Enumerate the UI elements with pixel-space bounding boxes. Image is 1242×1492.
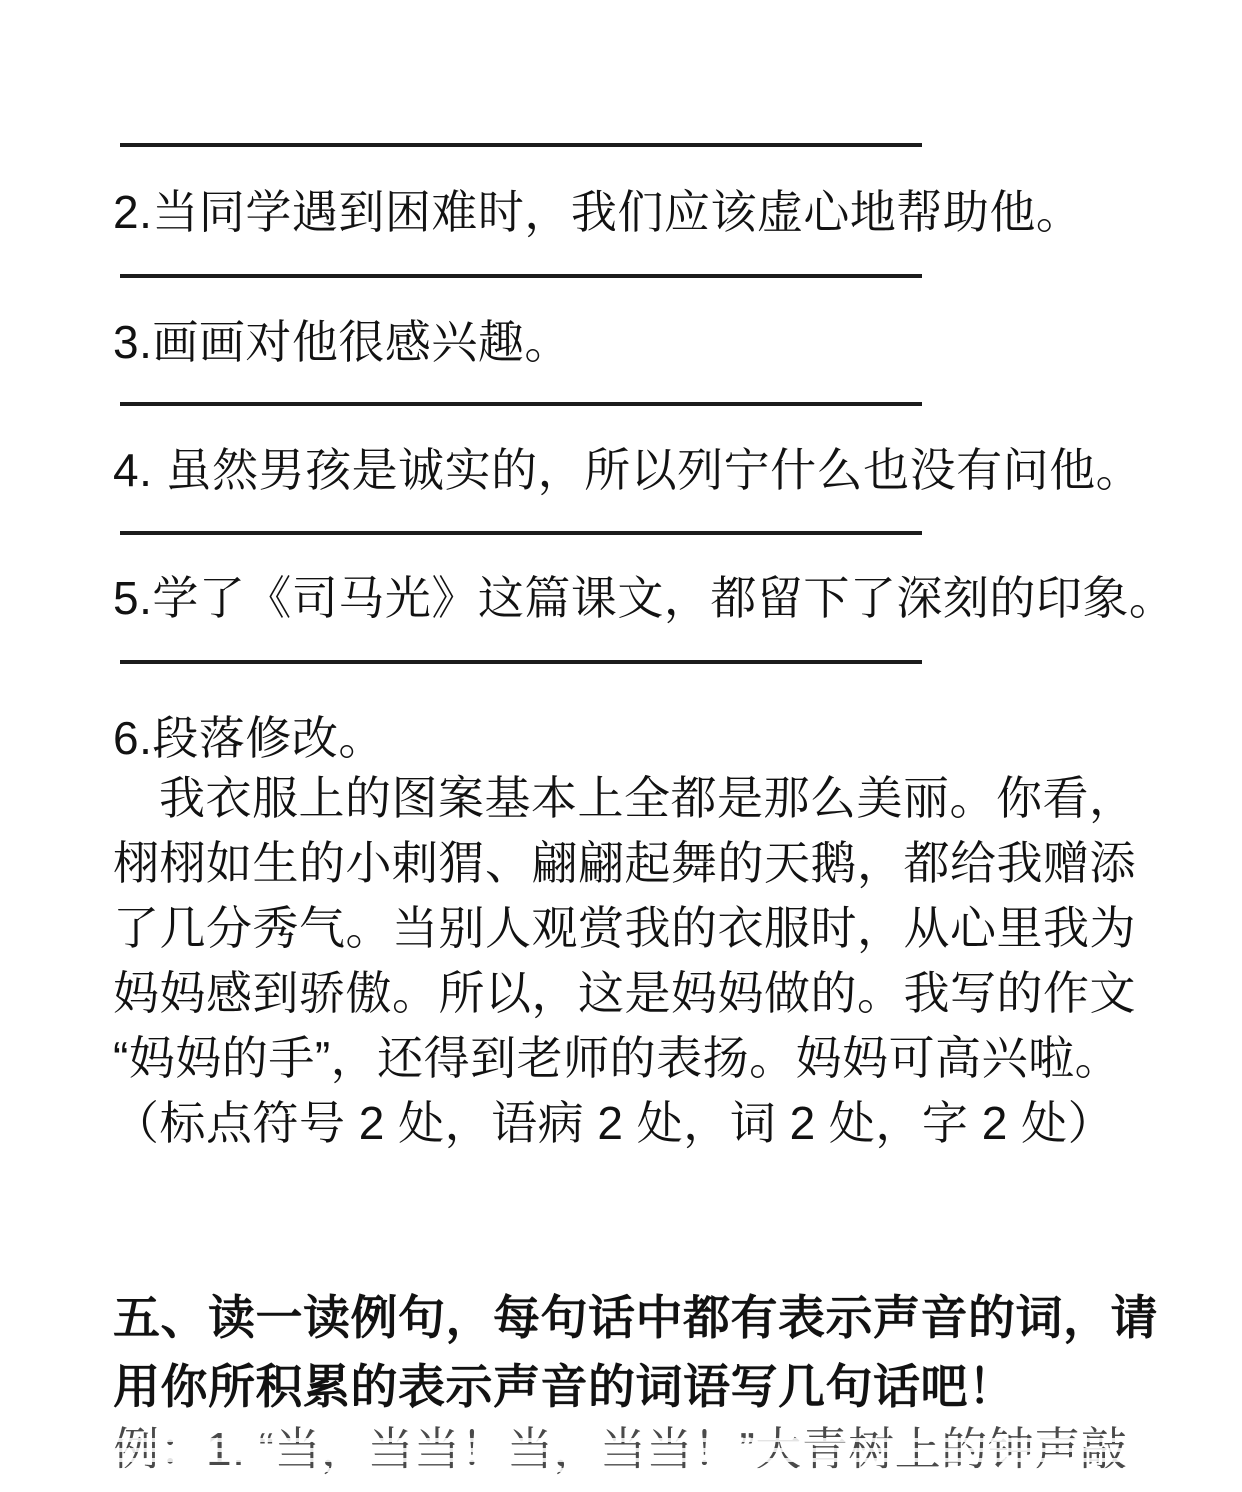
passage-line-1: 我衣服上的图案基本上全都是那么美丽。你看，: [113, 766, 1136, 831]
example-sentence-clipped: 例：1. “当，当当！当，当当！”大青树上的钟声敲: [113, 1418, 1127, 1480]
passage-line-2: 栩栩如生的小剌猬、翩翩起舞的天鹅，都给我赠添: [113, 831, 1136, 896]
answer-underline-1: [120, 143, 922, 147]
answer-underline-2: [120, 274, 922, 278]
error-count-note: （标点符号 2 处，语病 2 处，词 2 处，字 2 处）: [113, 1091, 1136, 1156]
exercise-sentence-5: 5.学了《司马光》这篇课文，都留下了深刻的印象。: [113, 568, 1175, 628]
answer-underline-4: [120, 531, 922, 535]
exercise-sentence-2: 2.当同学遇到困难时，我们应该虚心地帮助他。: [113, 182, 1082, 242]
section-five-heading: 五、读一读例句，每句话中都有表示声音的词，请 用你所积累的表示声音的词语写几句话…: [113, 1283, 1158, 1421]
exercise-sentence-4: 4. 虽然男孩是诚实的，所以列宁什么也没有问他。: [113, 440, 1142, 500]
answer-underline-5: [120, 660, 922, 664]
answer-underline-3: [120, 402, 922, 406]
exercise-6-title: 6.段落修改。: [113, 708, 385, 768]
section-five-heading-line-2: 用你所积累的表示声音的词语写几句话吧！: [113, 1352, 1158, 1421]
passage-line-5: “妈妈的手”，还得到老师的表扬。妈妈可高兴啦。: [113, 1026, 1136, 1091]
worksheet-page: 2.当同学遇到困难时，我们应该虚心地帮助他。 3.画画对他很感兴趣。 4. 虽然…: [0, 0, 1242, 1492]
section-five-heading-line-1: 五、读一读例句，每句话中都有表示声音的词，请: [113, 1283, 1158, 1352]
passage-line-4: 妈妈感到骄傲。所以，这是妈妈做的。我写的作文: [113, 961, 1136, 1026]
exercise-sentence-3: 3.画画对他很感兴趣。: [113, 312, 571, 372]
paragraph-correction-passage: 我衣服上的图案基本上全都是那么美丽。你看， 栩栩如生的小剌猬、翩翩起舞的天鹅，都…: [113, 766, 1136, 1156]
passage-line-3: 了几分秀气。当别人观赏我的衣服时，从心里我为: [113, 896, 1136, 961]
